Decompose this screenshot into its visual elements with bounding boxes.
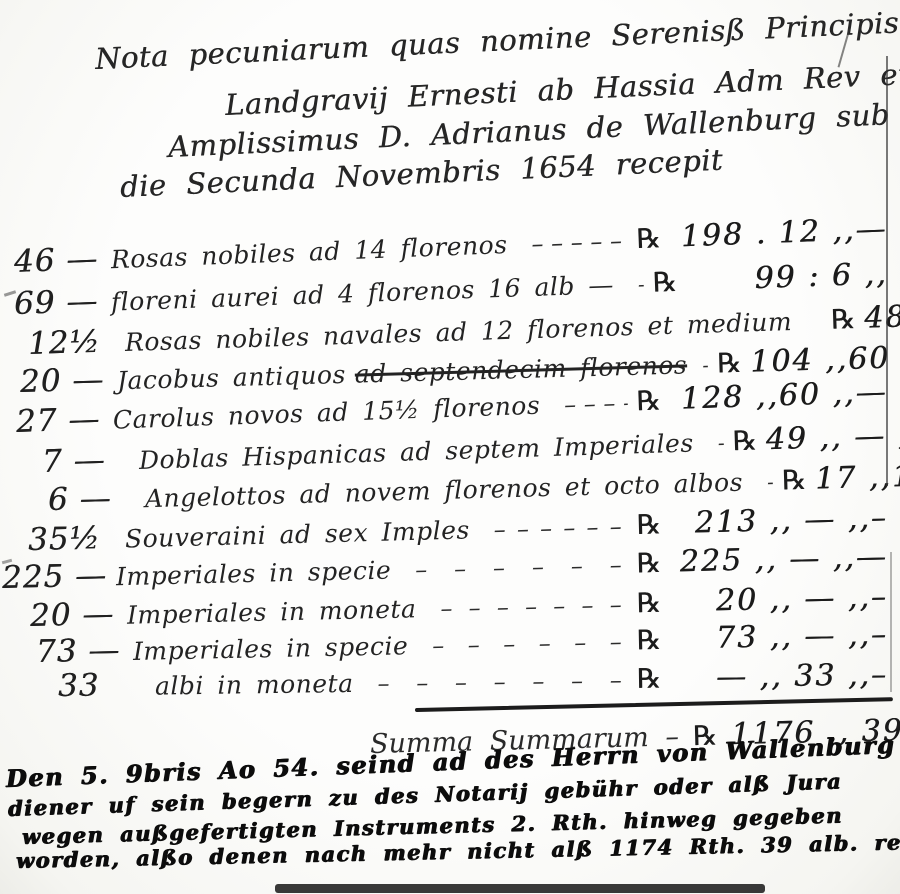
currency-symbol: ℞	[652, 267, 677, 299]
entry-amount: 213 ,, — ,,–	[669, 500, 888, 541]
currency-symbol: ℞	[831, 304, 856, 336]
manuscript-page: Nota pecuniarum quas nomine Serenisß Pri…	[0, 0, 900, 894]
currency-symbol: ℞	[636, 548, 661, 580]
currency-symbol: ℞	[636, 625, 661, 657]
entry-desc: Souveraini ad sex Imples	[125, 515, 470, 553]
entry-qty: 73 —	[36, 632, 125, 670]
entry-dashes: –	[711, 429, 724, 457]
entry-dashes: – – – – – – –	[434, 590, 628, 622]
entry-amount: — ,, 33 ,,–	[670, 657, 888, 695]
entry-desc: Imperiales in specie	[133, 631, 409, 666]
currency-symbol: ℞	[636, 385, 661, 417]
entry-amount: 48 ,, 6 ,,—	[864, 295, 900, 336]
entry-dashes: – – – – – –	[525, 226, 628, 258]
currency-symbol: ℞	[781, 465, 806, 497]
entry-qty: 7 —	[41, 441, 130, 480]
entry-qty: 12½	[27, 323, 116, 362]
entry-amount: 225 ,, — ,,—	[669, 539, 888, 579]
entry-desc: Imperiales in moneta	[127, 594, 417, 630]
entry-dashes: – – – – – –	[487, 512, 628, 544]
entry-amount: 73 ,, — ,,–	[670, 617, 889, 657]
entry-qty: 20 —	[30, 596, 119, 634]
entry-amount: 20 ,, — ,,–	[669, 580, 888, 620]
entry-desc: albi in moneta	[155, 669, 354, 701]
currency-symbol: ℞	[717, 348, 742, 380]
entry-dashes: – –	[696, 351, 709, 379]
entry-qty: 69 —	[13, 283, 102, 322]
entry-amount: 99 : 6 ,,	[685, 257, 888, 299]
entry-dashes: – –	[761, 468, 774, 496]
entry-desc: Jacobus antiquos	[117, 360, 347, 395]
entry-amount: 198 . 12 ,,—	[669, 211, 888, 254]
entry-dashes: – – –	[631, 270, 644, 298]
entry-qty: 35½	[28, 520, 117, 558]
currency-symbol: ℞	[732, 426, 757, 458]
entry-qty: 46 —	[13, 241, 102, 280]
entry-qty: 27 —	[15, 401, 104, 440]
entry-amount: 49 ,, — ,,—	[765, 416, 900, 457]
entry-amount: 128 ,,60 ,,—	[669, 375, 888, 418]
entry-dashes: – – – – – –	[426, 628, 628, 660]
entry-desc: Carolus novos ad 15½ florenos	[112, 391, 540, 435]
currency-symbol: ℞	[637, 664, 662, 695]
entry-desc: Rosas nobiles ad 14 florenos	[110, 230, 508, 274]
entry-dashes: – – – – –	[558, 389, 628, 419]
entry-qty: 6 —	[47, 480, 136, 518]
entry-desc: Imperiales in specie	[116, 555, 392, 591]
entry-qty: 20 —	[19, 362, 108, 400]
scan-edge-line	[886, 56, 888, 486]
scan-bottom-bar	[275, 884, 765, 893]
entry-qty: 225 —	[2, 557, 108, 596]
currency-symbol: ℞	[636, 223, 661, 255]
currency-symbol: ℞	[636, 509, 661, 541]
entry-qty: 33	[58, 667, 146, 704]
entry-dashes: – – – – – – –	[371, 666, 628, 698]
scan-edge-line	[890, 552, 892, 692]
entry-dashes: – – – – – –	[409, 551, 628, 584]
summa-rule	[415, 697, 893, 712]
currency-symbol: ℞	[636, 588, 661, 620]
